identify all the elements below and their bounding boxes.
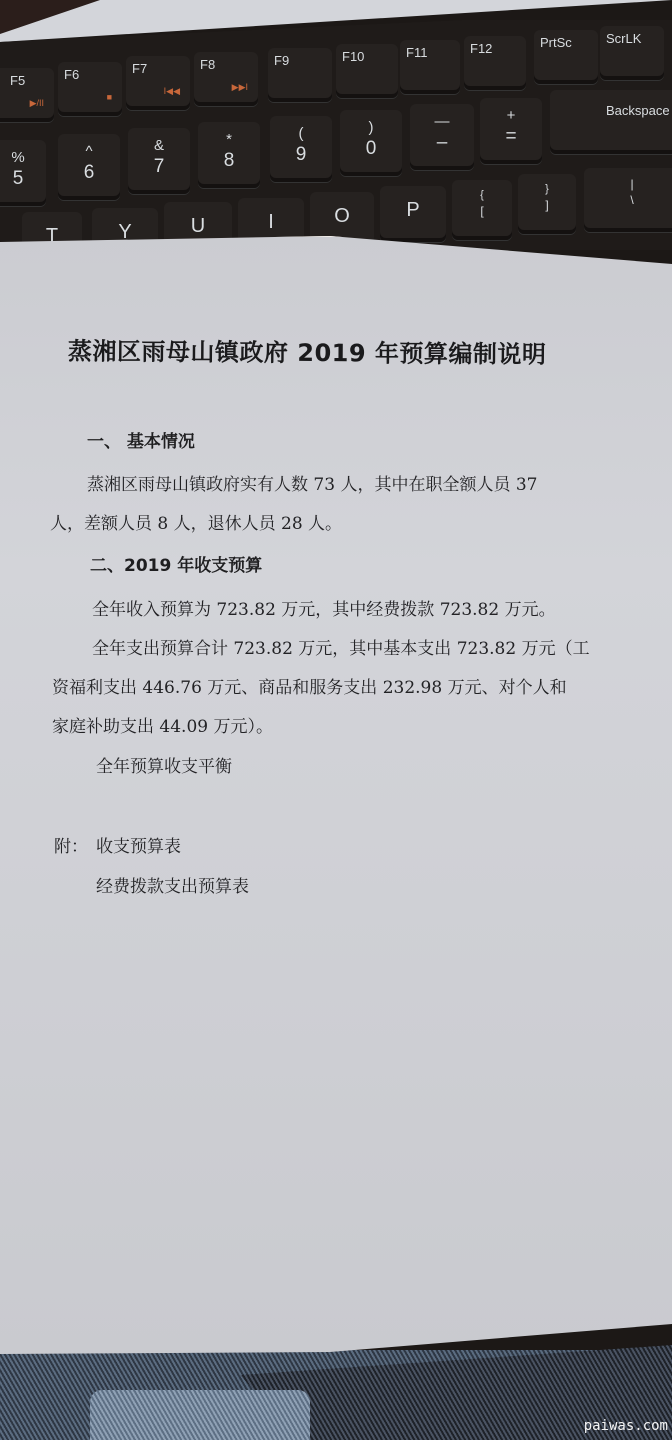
document-page	[0, 234, 672, 1354]
key-left-bracket[interactable]: { [	[452, 180, 512, 240]
key-equals[interactable]: + =	[480, 98, 542, 164]
paragraph-line: 蒸湘区雨母山镇政府实有人数 73 人，其中在职全额人员 37	[87, 470, 537, 495]
document-title: 蒸湘区雨母山镇政府 2019 年预算编制说明	[68, 331, 547, 369]
fabric-fold	[90, 1390, 310, 1440]
key-f7[interactable]: F7 I◀◀	[126, 56, 190, 110]
keyboard: F5 ▶/II F6 ■ F7 I◀◀ F8 ▶▶I F9 F10 F11 F1…	[0, 20, 672, 250]
key-f6[interactable]: F6 ■	[58, 62, 122, 116]
key-5[interactable]: % 5	[0, 140, 46, 206]
section-heading-basic-info: 一、 基本情况	[87, 427, 195, 452]
paragraph-line: 全年收入预算为 723.82 万元，其中经费拨款 723.82 万元。	[92, 595, 556, 620]
key-f5[interactable]: F5 ▶/II	[0, 68, 54, 122]
key-minus[interactable]: — –	[410, 104, 474, 170]
key-backslash[interactable]: | \	[584, 168, 672, 232]
key-p[interactable]: P	[380, 186, 446, 242]
watermark: paiwas.com	[584, 1418, 668, 1434]
next-track-icon: ▶▶I	[232, 83, 248, 92]
paragraph-line: 全年支出预算合计 723.82 万元，其中基本支出 723.82 万元（工	[92, 634, 590, 659]
key-scrlk[interactable]: ScrLK	[600, 26, 664, 80]
attachment-label: 附：	[54, 832, 88, 857]
paragraph-line: 全年预算收支平衡	[96, 752, 232, 777]
key-prtsc[interactable]: PrtSc	[534, 30, 598, 84]
key-backspace[interactable]: Backspace	[550, 90, 672, 154]
key-9[interactable]: ( 9	[270, 116, 332, 182]
key-8[interactable]: * 8	[198, 122, 260, 188]
attachment-item: 收支预算表	[96, 832, 181, 857]
key-6[interactable]: ^ 6	[58, 134, 120, 200]
key-7[interactable]: & 7	[128, 128, 190, 194]
key-f8[interactable]: F8 ▶▶I	[194, 52, 258, 106]
paragraph-line: 资福利支出 446.76 万元、商品和服务支出 232.98 万元、对个人和	[52, 673, 567, 698]
key-f11[interactable]: F11	[400, 40, 460, 94]
attachment-item: 经费拨款支出预算表	[96, 872, 249, 897]
play-pause-icon: ▶/II	[30, 99, 44, 108]
key-f9[interactable]: F9	[268, 48, 332, 102]
key-f10[interactable]: F10	[336, 44, 398, 98]
key-right-bracket[interactable]: } ]	[518, 174, 576, 234]
previous-track-icon: I◀◀	[164, 87, 180, 96]
stop-icon: ■	[107, 93, 112, 102]
section-heading-budget: 二、2019 年收支预算	[90, 551, 262, 576]
key-f12[interactable]: F12	[464, 36, 526, 90]
key-0[interactable]: ) 0	[340, 110, 402, 176]
paragraph-line: 人，差额人员 8 人，退休人员 28 人。	[50, 509, 342, 534]
paragraph-line: 家庭补助支出 44.09 万元）。	[52, 712, 273, 737]
